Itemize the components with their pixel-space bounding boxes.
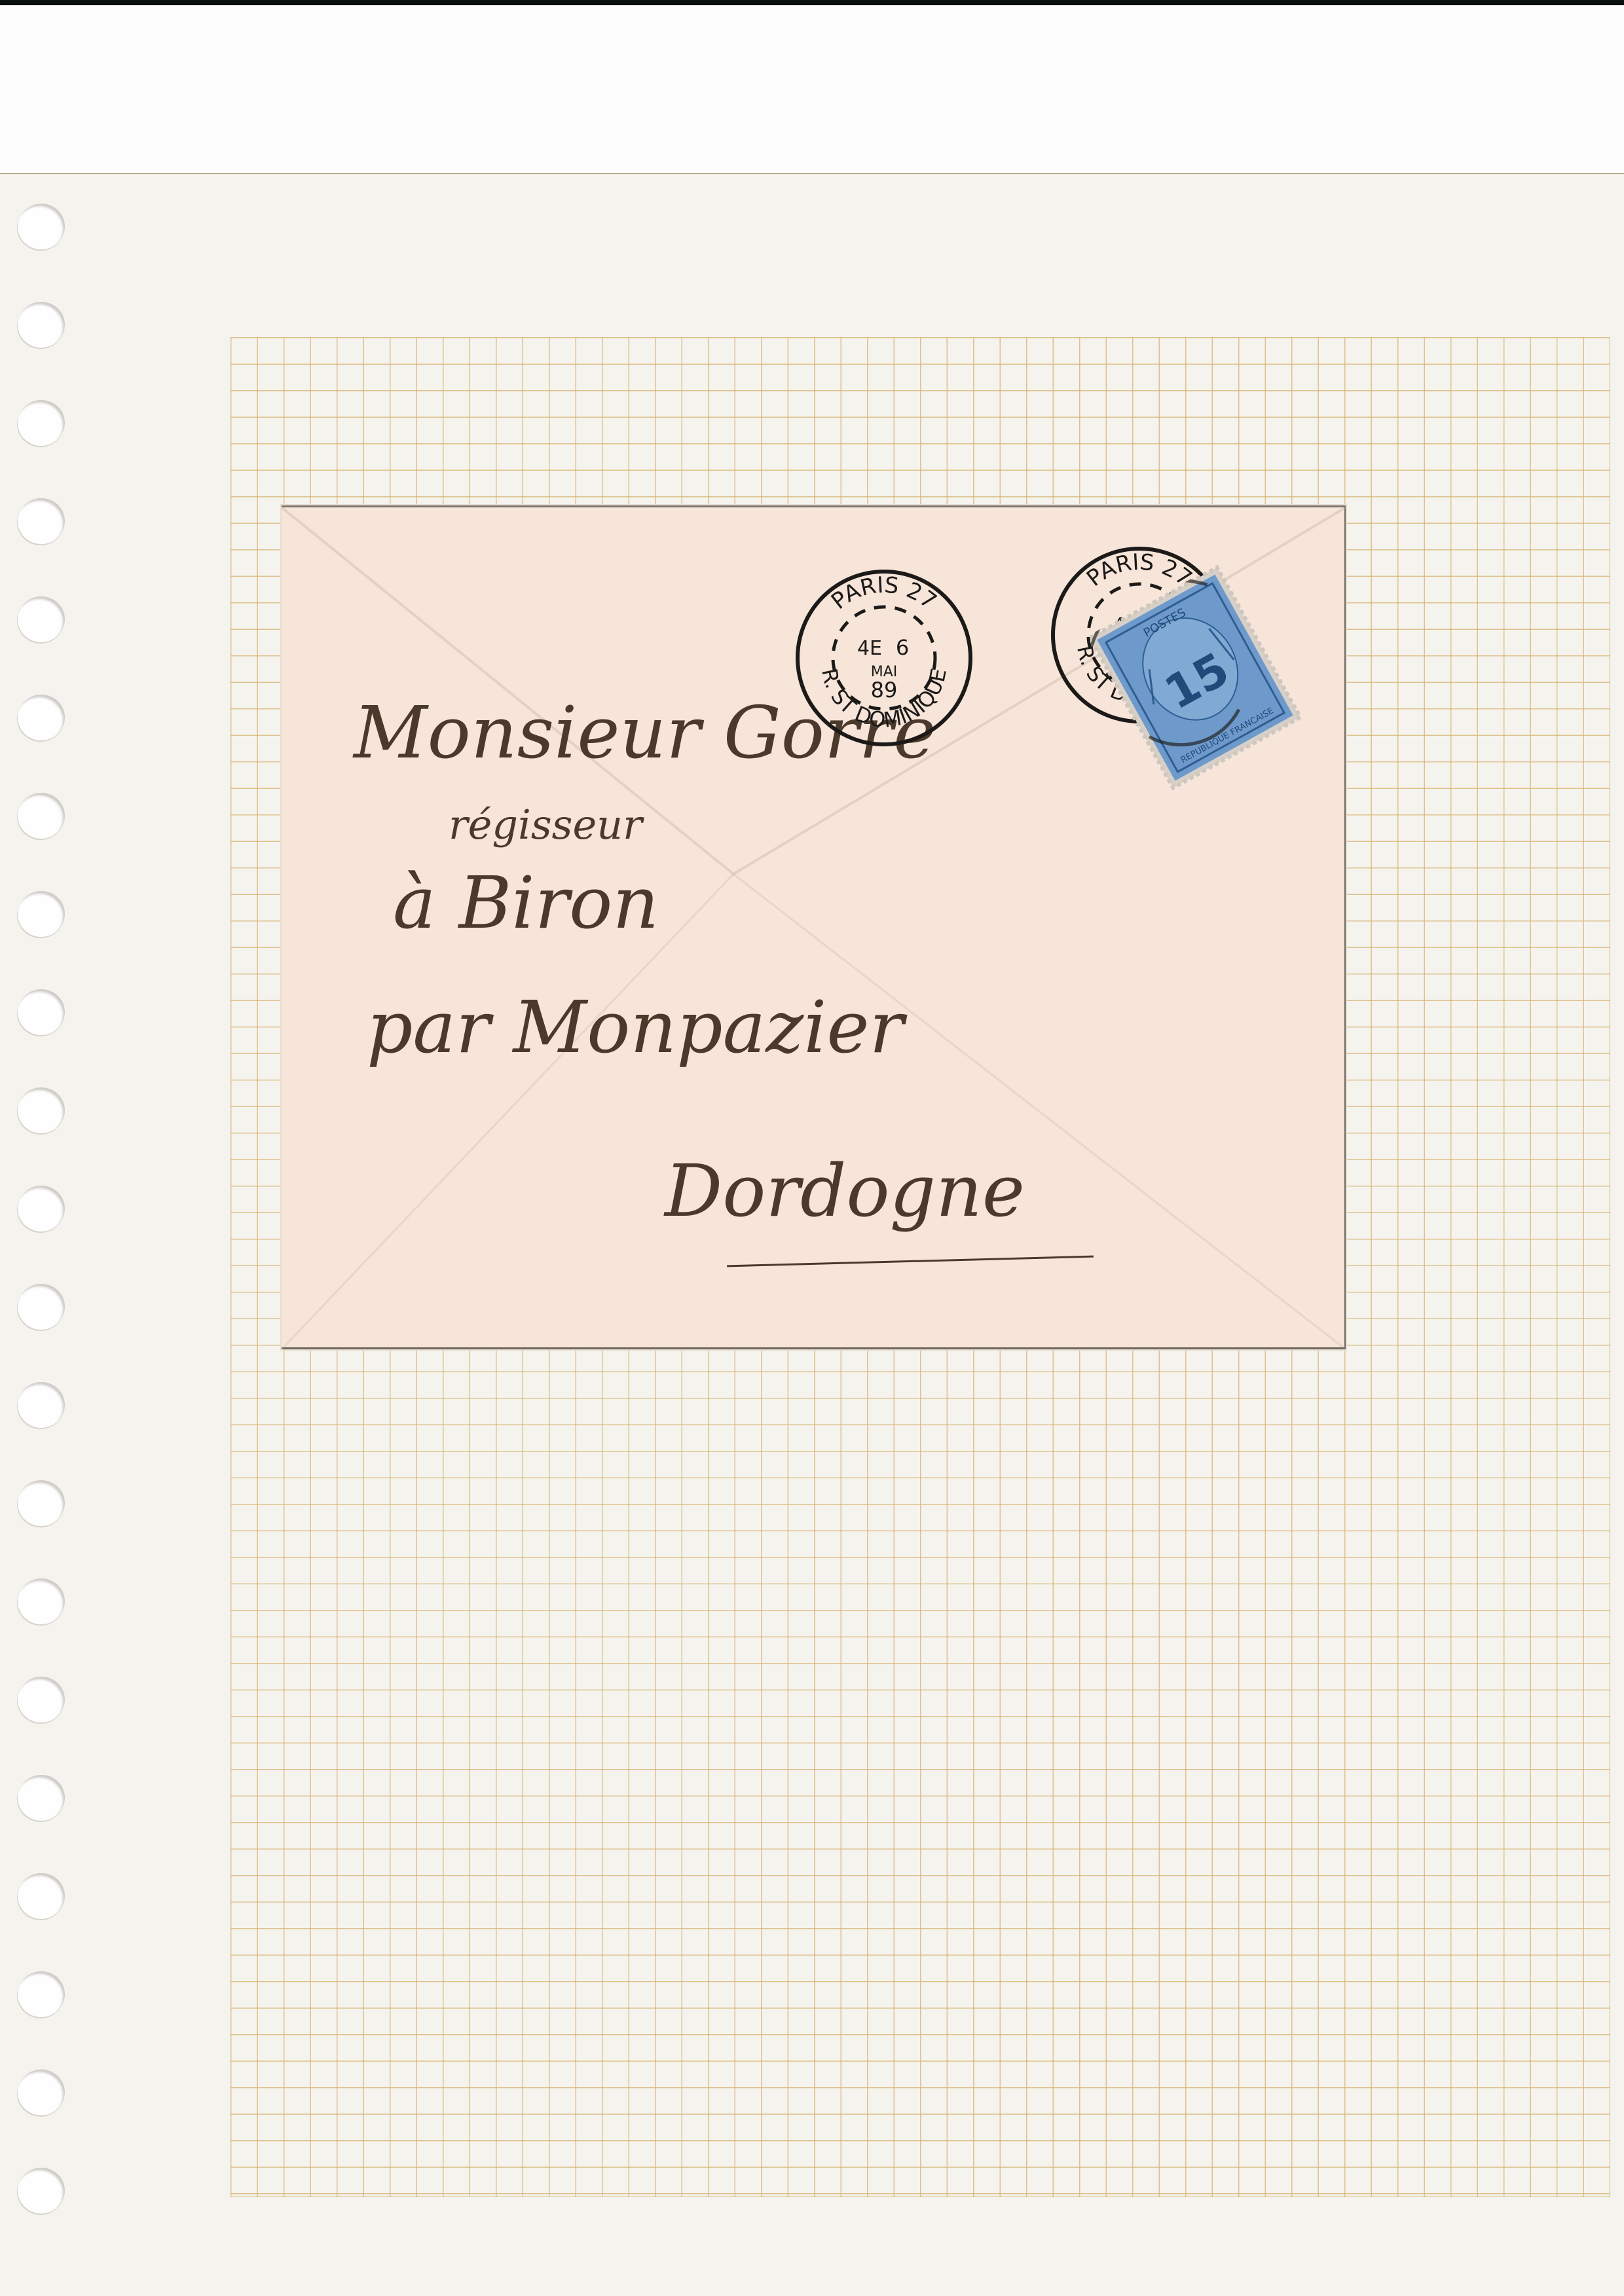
binder-hole [18, 596, 65, 642]
binder-hole [18, 1284, 65, 1330]
binder-hole [18, 1382, 65, 1428]
backing-sheet [0, 5, 1624, 174]
binder-hole [18, 2168, 65, 2214]
binder-hole [18, 2069, 65, 2115]
binder-hole [18, 1677, 65, 1722]
binder-hole [18, 1480, 65, 1526]
scan-top-border [0, 0, 1624, 5]
address-line-town: à Biron [393, 861, 659, 945]
binder-hole [18, 989, 65, 1035]
address-line-department: Dordogne [665, 1149, 1025, 1233]
binder-hole [18, 204, 65, 249]
address-line-title: régisseur [449, 801, 642, 848]
postmark-left: PARIS 27 R. ST DOMINIQUE 4E 6 MAI 89 [792, 566, 976, 750]
binder-hole [18, 498, 65, 544]
binder-hole [18, 400, 65, 446]
binder-hole [18, 695, 65, 740]
binder-hole [18, 793, 65, 839]
binder-hole [18, 1186, 65, 1231]
binder-hole [18, 1971, 65, 2017]
binder-hole [18, 302, 65, 348]
svg-text:6: 6 [896, 635, 909, 660]
svg-text:89: 89 [871, 678, 898, 702]
address-line-via: par Monpazier [367, 985, 904, 1069]
svg-text:4E: 4E [857, 637, 882, 660]
binder-hole [18, 891, 65, 937]
binder-hole [18, 1578, 65, 1624]
binder-hole [18, 1087, 65, 1133]
binder-hole [18, 1775, 65, 1821]
binder-hole [18, 1873, 65, 1919]
